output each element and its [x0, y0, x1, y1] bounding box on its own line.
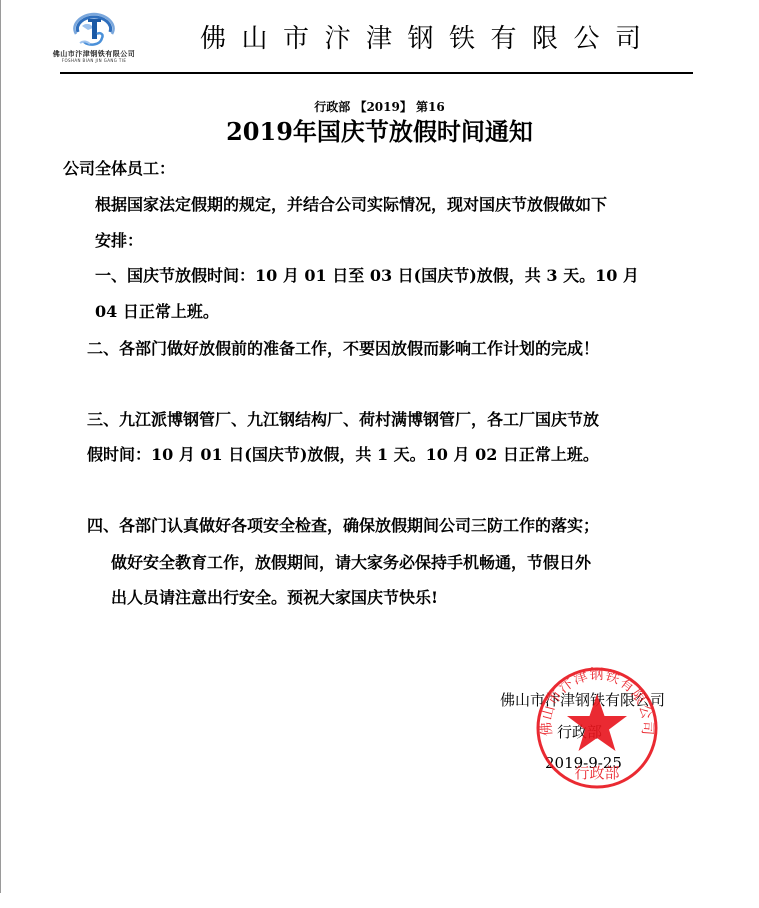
logo-english-text: FOSHAN BIAN JIN GANG TIE — [44, 58, 144, 63]
item-3-line-2: 假时间：10 月 01 日(国庆节)放假，共 1 天。10 月 02 日正常上班… — [87, 445, 599, 465]
item-1-line-2: 04 日正常上班。 — [95, 302, 219, 322]
item-1-line-1: 一、国庆节放假时间：10 月 01 日至 03 日(国庆节)放假，共 3 天。1… — [95, 266, 639, 286]
item-4-line-3: 出人员请注意出行安全。预祝大家国庆节快乐! — [111, 588, 438, 608]
item-4-line-2: 做好安全教育工作，放假期间，请大家务必保持手机畅通，节假日外 — [111, 553, 591, 573]
header-divider — [60, 72, 693, 74]
item-3-line-1: 三、九江派博钢管厂、九江钢结构厂、荷村满博钢管厂，各工厂国庆节放 — [87, 410, 599, 430]
intro-line-1: 根据国家法定假期的规定，并结合公司实际情况，现对国庆节放假做如下 — [95, 195, 607, 215]
seal-center-text: 行政部 — [574, 764, 619, 782]
company-logo: 佛山市汴津钢铁有限公司 FOSHAN BIAN JIN GANG TIE — [44, 12, 144, 64]
company-seal-stamp: 佛山市汴津钢铁有限公司 行政部 — [535, 666, 659, 790]
item-2-line-1: 二、各部门做好放假前的准备工作，不要因放假而影响工作计划的完成！ — [87, 339, 599, 359]
intro-line-2: 安排： — [95, 231, 143, 251]
item-4-line-1: 四、各部门认真做好各项安全检查，确保放假期间公司三防工作的落实； — [87, 516, 599, 536]
salutation: 公司全体员工： — [63, 159, 175, 179]
seal-star-icon — [567, 694, 627, 751]
document-title: 2019年国庆节放假时间通知 — [0, 116, 759, 148]
company-logo-icon — [66, 12, 122, 48]
company-name-heading: 佛山市汴津钢铁有限公司 — [200, 24, 657, 54]
document-number: 行政部 【2019】 第16 — [0, 98, 759, 115]
